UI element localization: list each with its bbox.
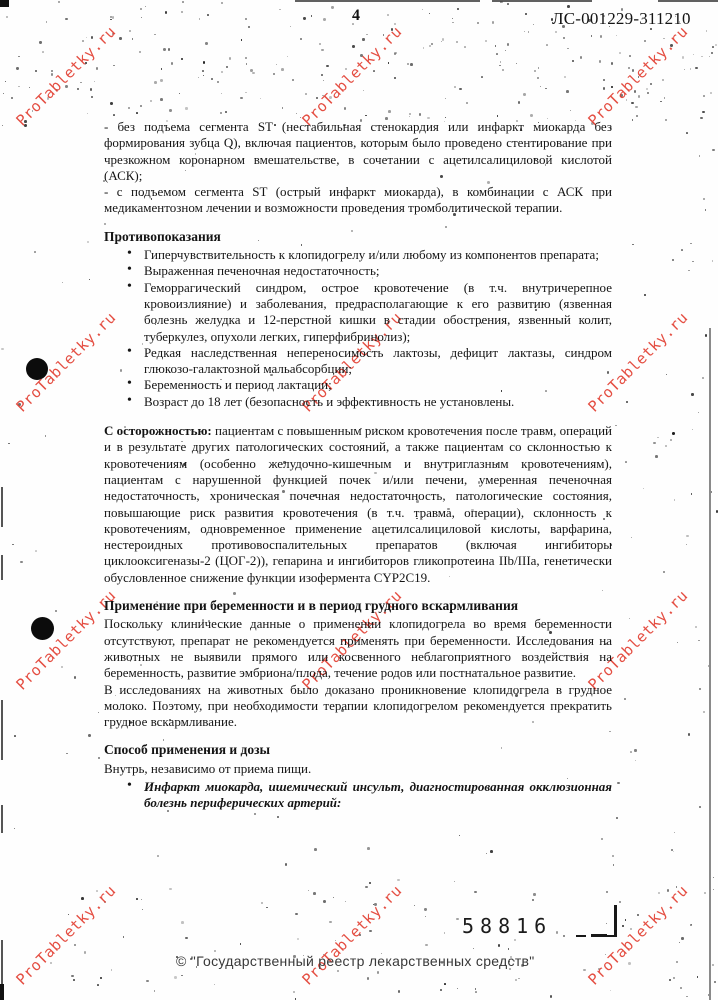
scan-speckle <box>477 22 479 24</box>
scan-speckle <box>456 41 458 43</box>
scan-speckle <box>12 544 13 545</box>
scan-speckle <box>185 937 188 940</box>
scan-speckle <box>296 113 297 114</box>
scan-speckle <box>525 13 527 15</box>
scan-speckle <box>128 107 130 109</box>
scan-speckle <box>457 8 459 10</box>
scan-speckle <box>650 83 652 85</box>
scan-speckle <box>454 881 455 882</box>
scan-speckle <box>11 97 13 99</box>
scan-speckle <box>713 877 714 878</box>
scan-speckle <box>154 81 157 84</box>
scan-speckle <box>550 995 552 997</box>
scan-speckle <box>250 69 253 72</box>
scan-speckle <box>688 733 690 735</box>
scan-speckle <box>546 44 548 46</box>
scan-speckle <box>459 835 460 836</box>
scan-speckle <box>611 62 613 64</box>
indication-item-no-st: - без подъема сегмента ST (нестабильная … <box>104 119 612 184</box>
bullet-marker: • <box>127 344 132 360</box>
scan-speckle <box>670 439 672 441</box>
scan-edge-artifact <box>492 0 592 2</box>
scan-speckle <box>498 944 500 946</box>
watermark: ProTabletky.ru <box>12 22 119 129</box>
scan-speckle <box>181 58 183 60</box>
scan-speckle <box>323 18 326 21</box>
page-number: 4 <box>352 7 360 25</box>
caution-paragraph: С осторожностью: пациентам с повышенным … <box>104 423 612 586</box>
scan-speckle <box>695 67 698 70</box>
doc-number: ЛС-001229-311210 <box>552 9 691 29</box>
scan-speckle <box>113 114 115 116</box>
scan-speckle <box>698 640 700 642</box>
dosage-intro: Внутрь, независимо от приема пищи. <box>104 761 612 777</box>
scan-speckle <box>662 79 664 81</box>
scan-speckle <box>424 908 426 910</box>
scan-speckle <box>673 977 675 979</box>
scan-speckle <box>82 40 84 42</box>
scan-speckle <box>622 925 624 927</box>
scan-speckle <box>46 21 48 23</box>
pen-dash-mark <box>591 934 607 937</box>
scan-speckle <box>161 68 163 70</box>
scan-speckle <box>632 244 634 246</box>
scan-speckle <box>628 67 630 69</box>
scan-speckle <box>644 40 646 42</box>
scan-speckle <box>709 56 710 57</box>
scan-speckle <box>297 938 300 941</box>
dosage-bullet-text: Инфаркт миокарда, ишемический инсульт, д… <box>144 779 612 810</box>
scan-speckle <box>410 63 413 66</box>
scan-speckle <box>423 47 425 49</box>
scan-speckle <box>600 35 602 37</box>
list-item-text: Выраженная печеночная недостаточность; <box>144 263 380 278</box>
stamp-number: 58816 <box>462 914 552 938</box>
scan-speckle <box>171 62 173 64</box>
scan-speckle <box>692 261 693 262</box>
scan-speckle <box>150 100 152 102</box>
pregnancy-heading: Применение при беременности и в период г… <box>104 598 612 614</box>
scan-speckle <box>710 92 712 94</box>
scan-speckle <box>499 65 501 67</box>
scan-speckle <box>89 279 90 280</box>
scan-speckle <box>635 760 636 761</box>
scan-speckle <box>97 984 99 986</box>
scan-speckle <box>141 17 142 18</box>
scan-speckle <box>65 18 68 21</box>
scan-speckle <box>663 571 665 573</box>
scan-speckle <box>34 251 36 253</box>
caution-text: пациентам с повышенным риском кровотечен… <box>104 423 612 585</box>
scan-speckle <box>409 113 411 115</box>
scan-speckle <box>533 893 535 895</box>
scan-speckle <box>606 891 607 892</box>
scan-speckle <box>365 886 368 889</box>
scan-speckle <box>6 16 8 18</box>
indication-item-st: - с подъемом сегмента ST (острый инфаркт… <box>104 184 612 217</box>
scan-speckle <box>555 31 557 33</box>
list-item: •Возраст до 18 лет (безопасность и эффек… <box>104 394 612 410</box>
scan-speckle <box>245 92 246 93</box>
scan-speckle <box>603 79 605 81</box>
scan-speckle <box>617 782 620 785</box>
scan-speckle <box>61 666 63 668</box>
scan-speckle <box>674 499 676 501</box>
scan-speckle <box>630 751 632 753</box>
scan-speckle <box>81 897 84 900</box>
scan-speckle <box>119 37 121 39</box>
scan-speckle <box>632 119 633 120</box>
scan-speckle <box>572 60 574 62</box>
scan-speckle <box>39 41 41 43</box>
scan-speckle <box>518 101 520 103</box>
scan-speckle <box>616 817 618 819</box>
scan-speckle <box>528 31 530 33</box>
scan-speckle <box>475 991 477 993</box>
scan-speckle <box>329 921 331 923</box>
scan-speckle <box>314 848 317 851</box>
scan-speckle <box>129 30 131 32</box>
scan-speckle <box>679 942 680 943</box>
scan-speckle <box>295 998 297 1000</box>
scan-speckle <box>690 924 692 926</box>
scanned-document-page: ProTabletky.ruProTabletky.ruProTabletky.… <box>0 0 718 1000</box>
scan-speckle <box>241 39 242 40</box>
scan-speckle <box>66 753 67 754</box>
scan-speckle <box>431 43 433 45</box>
scan-speckle <box>442 38 445 41</box>
scan-speckle <box>91 96 93 98</box>
scan-speckle <box>146 980 148 982</box>
scan-speckle <box>445 98 446 99</box>
scan-speckle <box>35 550 37 552</box>
scan-speckle <box>169 109 172 112</box>
scan-speckle <box>51 70 53 72</box>
scan-speckle <box>474 891 476 893</box>
scan-speckle <box>486 853 487 854</box>
scan-speckle <box>706 30 708 32</box>
scan-speckle <box>266 907 268 909</box>
scan-speckle <box>691 493 692 494</box>
scan-speckle <box>154 990 156 992</box>
scan-speckle <box>245 57 247 59</box>
scan-speckle <box>311 15 312 16</box>
scan-speckle <box>80 82 81 83</box>
scan-speckle <box>277 816 279 818</box>
scan-speckle <box>169 888 171 890</box>
scan-speckle <box>635 106 637 108</box>
scan-speckle <box>205 42 208 45</box>
scan-speckle <box>221 2 223 4</box>
scan-speckle <box>563 37 565 39</box>
scan-speckle <box>18 86 20 88</box>
scan-speckle <box>422 9 423 10</box>
scan-speckle <box>203 75 204 76</box>
bullet-marker: • <box>127 393 132 409</box>
watermark: ProTabletky.ru <box>12 881 119 988</box>
scan-speckle <box>686 132 688 134</box>
scan-speckle <box>221 71 223 73</box>
scan-speckle <box>697 976 699 978</box>
scan-speckle <box>352 45 355 48</box>
scan-speckle <box>203 61 206 64</box>
scan-speckle <box>14 828 15 829</box>
scan-speckle <box>524 31 525 32</box>
scan-speckle <box>281 68 284 71</box>
scan-speckle <box>55 610 57 612</box>
scan-speckle <box>139 51 140 52</box>
scan-speckle <box>567 48 569 50</box>
scan-speckle <box>132 38 134 40</box>
watermark: ProTabletky.ru <box>298 881 405 988</box>
scan-speckle <box>248 26 250 28</box>
scan-speckle <box>240 97 242 99</box>
scan-speckle <box>625 461 627 463</box>
scan-speckle <box>681 249 683 251</box>
scan-speckle <box>657 437 658 438</box>
scan-speckle <box>425 944 427 946</box>
scan-speckle <box>534 70 536 72</box>
scan-speckle <box>532 899 534 901</box>
scan-speckle <box>62 282 63 283</box>
scan-speckle <box>691 393 693 395</box>
scan-speckle <box>45 435 47 437</box>
bullet-marker: • <box>127 246 132 262</box>
scan-speckle <box>163 48 166 51</box>
scan-speckle <box>245 18 247 20</box>
scan-speckle <box>18 56 19 57</box>
scan-speckle <box>665 445 667 447</box>
scan-speckle <box>619 52 621 54</box>
scan-speckle <box>666 374 667 375</box>
scan-speckle <box>616 35 617 36</box>
scan-speckle <box>591 35 593 37</box>
scan-speckle <box>8 443 10 445</box>
scan-edge-artifact <box>0 0 9 7</box>
pen-dash-mark <box>576 935 586 937</box>
scan-speckle <box>321 74 323 76</box>
scan-speckle <box>699 806 701 808</box>
scan-speckle <box>123 936 125 938</box>
scan-speckle <box>181 921 184 924</box>
scan-speckle <box>3 93 4 94</box>
scan-speckle <box>323 80 324 81</box>
hole-punch-mark <box>31 617 54 640</box>
scan-edge-artifact <box>0 984 4 1000</box>
scan-speckle <box>523 93 526 96</box>
scan-speckle <box>464 46 466 48</box>
scan-speckle <box>619 901 621 903</box>
scan-speckle <box>290 26 291 27</box>
scan-speckle <box>369 882 371 884</box>
scan-speckle <box>507 43 510 46</box>
contraindications-list: •Гиперчувствительность к клопидогрелу и/… <box>104 247 612 410</box>
watermark: ProTabletky.ru <box>298 22 405 129</box>
scan-speckle <box>473 948 475 950</box>
scan-speckle <box>703 95 705 97</box>
scan-speckle <box>660 101 662 103</box>
scan-speckle <box>664 97 666 99</box>
scan-speckle <box>110 19 111 20</box>
pregnancy-para-2: В исследованиях на животных было доказан… <box>104 682 612 731</box>
scan-speckle <box>686 996 687 997</box>
scan-speckle <box>293 991 295 993</box>
scan-speckle <box>362 38 364 40</box>
scan-speckle <box>475 988 477 990</box>
scan-speckle <box>615 425 617 427</box>
scan-speckle <box>505 50 506 51</box>
scan-speckle <box>636 115 638 117</box>
scan-speckle <box>100 977 102 979</box>
scan-speckle <box>74 944 76 946</box>
scan-speckle <box>333 897 334 898</box>
scan-speckle <box>394 77 397 80</box>
scan-speckle <box>96 67 99 70</box>
bullet-marker: • <box>127 376 132 392</box>
scan-speckle <box>626 401 628 403</box>
scan-speckle <box>199 18 200 19</box>
scan-speckle <box>226 66 227 67</box>
scan-speckle <box>516 63 517 64</box>
scan-speckle <box>14 735 16 737</box>
scan-speckle <box>688 270 690 272</box>
scan-speckle <box>613 864 615 866</box>
scan-speckle <box>326 65 329 68</box>
scan-speckle <box>537 77 539 79</box>
scan-speckle <box>87 113 88 114</box>
scan-speckle <box>515 979 517 981</box>
scan-speckle <box>313 892 316 895</box>
scan-speckle <box>240 943 241 944</box>
scan-speckle <box>305 93 307 95</box>
scan-speckle <box>211 78 213 80</box>
scan-speckle <box>279 9 280 10</box>
scan-speckle <box>214 950 216 952</box>
scan-speckle <box>518 978 519 979</box>
scan-speckle <box>254 813 256 815</box>
scan-speckle <box>42 51 44 53</box>
scan-speckle <box>485 40 487 42</box>
list-item: •Инфаркт миокарда, ишемический инсульт, … <box>104 779 612 812</box>
scan-speckle <box>500 61 501 62</box>
scan-speckle <box>583 969 585 971</box>
scan-speckle <box>454 86 456 88</box>
scan-speckle <box>646 88 648 90</box>
scan-speckle <box>287 56 288 57</box>
scan-speckle <box>321 49 323 51</box>
scan-speckle <box>714 981 716 983</box>
scan-speckle <box>698 412 699 413</box>
scan-speckle <box>514 939 516 941</box>
scan-speckle <box>276 64 277 65</box>
scan-speckle <box>631 102 633 104</box>
document-body: - без подъема сегмента ST (нестабильная … <box>104 119 612 812</box>
scan-speckle <box>141 899 142 900</box>
scan-speckle <box>567 5 570 8</box>
scan-speckle <box>68 914 69 915</box>
scan-speckle <box>261 902 263 904</box>
scan-speckle <box>533 24 534 25</box>
scan-speckle <box>1 348 3 350</box>
scan-speckle <box>77 88 78 89</box>
scan-speckle <box>712 964 714 966</box>
scan-speckle <box>452 22 453 23</box>
scan-speckle <box>136 112 138 114</box>
bullet-marker: • <box>127 778 132 794</box>
scan-speckle <box>429 13 430 14</box>
scan-speckle <box>337 970 340 973</box>
scan-speckle <box>686 535 689 538</box>
scan-speckle <box>344 107 347 110</box>
scan-speckle <box>556 931 559 934</box>
scan-speckle <box>58 1 59 2</box>
scan-speckle <box>673 851 674 852</box>
scan-speckle <box>545 88 546 89</box>
list-item: •Выраженная печеночная недостаточность; <box>104 263 612 279</box>
scan-speckle <box>644 294 646 296</box>
dosage-heading: Способ применения и дозы <box>104 742 612 758</box>
scan-speckle <box>566 90 569 93</box>
scan-speckle <box>481 76 483 78</box>
scan-speckle <box>655 455 658 458</box>
scan-speckle <box>16 67 18 69</box>
scan-speckle <box>71 975 74 978</box>
scan-speckle <box>712 149 714 151</box>
scan-speckle <box>98 757 100 759</box>
scan-edge-artifact <box>1 700 3 760</box>
scan-speckle <box>684 69 685 70</box>
bullet-marker: • <box>127 279 132 295</box>
scan-speckle <box>672 432 675 435</box>
scan-speckle <box>444 983 446 985</box>
scan-speckle <box>366 34 367 35</box>
scan-speckle <box>457 988 458 989</box>
bullet-marker: • <box>127 262 132 278</box>
scan-speckle <box>407 63 409 65</box>
scan-speckle <box>672 259 674 261</box>
scan-speckle <box>214 984 215 985</box>
scan-speckle <box>538 67 539 68</box>
list-item: •Геморрагический синдром, острое кровоте… <box>104 280 612 345</box>
scan-speckle <box>86 37 87 38</box>
scan-speckle <box>459 88 461 90</box>
scan-speckle <box>492 21 495 24</box>
scan-speckle <box>563 935 564 936</box>
footer-copyright: © "Государственный реестр лекарственных … <box>176 953 535 969</box>
scan-speckle <box>388 110 391 113</box>
scan-speckle <box>140 8 142 10</box>
scan-speckle <box>35 70 37 72</box>
scan-speckle <box>165 11 167 13</box>
scan-speckle <box>690 68 691 69</box>
scan-speckle <box>160 98 163 101</box>
scan-speckle <box>182 1 184 3</box>
scan-speckle <box>373 70 375 72</box>
scan-speckle <box>181 975 182 976</box>
scan-speckle <box>345 901 346 902</box>
scan-speckle <box>185 107 187 109</box>
scan-speckle <box>20 561 23 564</box>
scan-speckle <box>367 977 370 980</box>
scan-speckle <box>273 73 275 75</box>
scan-speckle <box>220 112 222 114</box>
scan-speckle <box>693 54 694 55</box>
scan-speckle <box>217 81 219 83</box>
scan-speckle <box>110 102 113 105</box>
scan-speckle <box>690 243 691 244</box>
pen-dash-mark <box>614 905 617 937</box>
scan-speckle <box>701 56 702 57</box>
